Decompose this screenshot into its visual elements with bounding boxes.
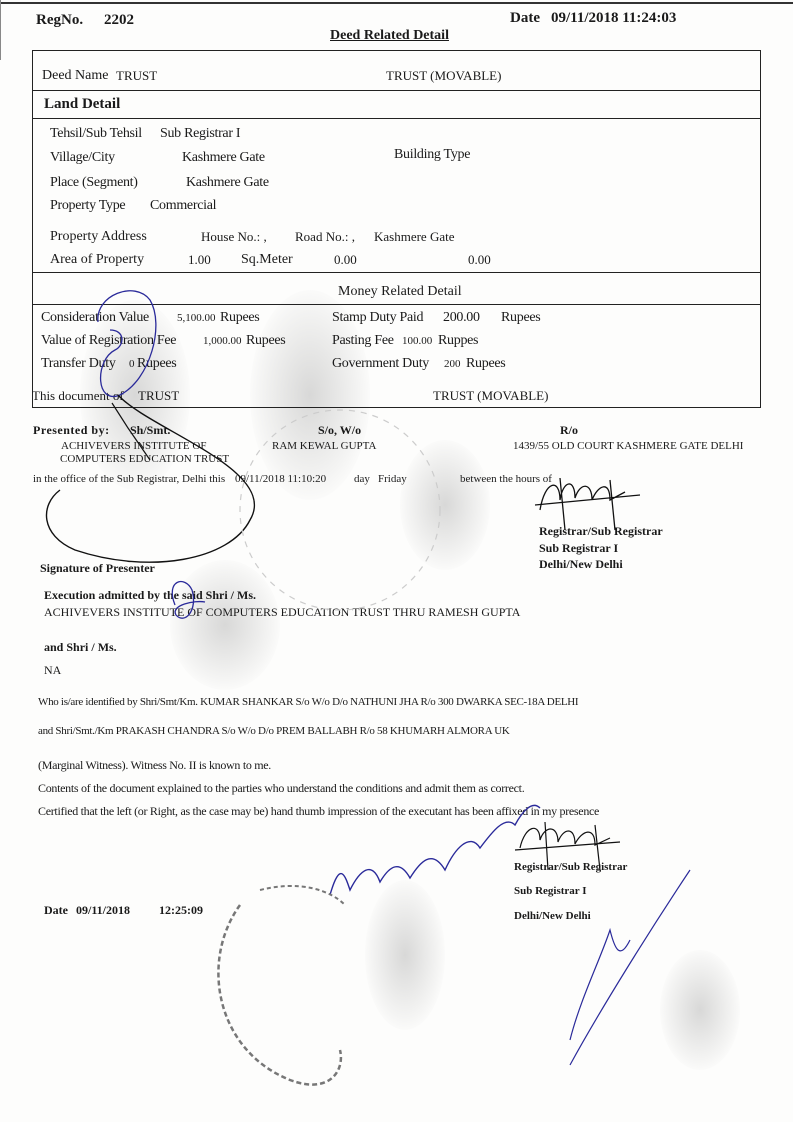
place-label: Place (Segment): [50, 175, 138, 191]
footer-date-value: 09/11/2018: [76, 903, 130, 918]
office-stamp-icon: [218, 905, 341, 1085]
divider: [32, 304, 761, 305]
stamp-duty-value: 200.00: [443, 310, 480, 326]
registrar-1-location: Delhi/New Delhi: [539, 557, 623, 572]
pasting-fee-value: 100.00: [402, 335, 432, 347]
header-date-value: 09/11/2018 11:24:03: [551, 10, 676, 27]
registrar-2-title: Registrar/Sub Registrar: [514, 861, 627, 873]
office-datetime: 09/11/2018 11:10:20: [235, 473, 326, 485]
and-shri-value: NA: [44, 663, 61, 678]
day-value: Friday: [378, 473, 407, 485]
registration-fee-value: 1,000.00: [203, 335, 242, 347]
presented-by-label: Presented by:: [33, 423, 110, 438]
transfer-duty-value: 0: [129, 358, 135, 370]
area-label: Area of Property: [50, 252, 144, 268]
witness-line-3: (Marginal Witness). Witness No. II is kn…: [38, 758, 271, 773]
area-value: 1.00: [188, 252, 211, 268]
govt-duty-value: 200: [444, 358, 461, 370]
land-detail-heading: Land Detail: [44, 96, 120, 113]
house-no: House No.: ,: [201, 229, 267, 245]
consideration-unit: Rupees: [220, 310, 259, 326]
page-left-border: [0, 0, 1, 60]
road-no: Road No.: ,: [295, 229, 355, 245]
area-unit: Sq.Meter: [241, 252, 293, 268]
execution-value: ACHIVEVERS INSTITUTE OF COMPUTERS EDUCAT…: [44, 605, 520, 620]
thumb-impression: [170, 560, 280, 690]
pasting-fee-unit: Ruppes: [438, 333, 478, 349]
address-area: Kashmere Gate: [374, 229, 455, 245]
ro-label: R/o: [560, 423, 578, 438]
consideration-value: 5,100.00: [177, 312, 216, 324]
area-extra-1: 0.00: [334, 252, 357, 268]
money-detail-heading: Money Related Detail: [338, 284, 462, 300]
registration-fee-label: Value of Registration Fee: [41, 333, 176, 349]
tehsil-label: Tehsil/Sub Tehsil: [50, 126, 142, 142]
divider: [32, 118, 761, 119]
execution-label: Execution admitted by the said Shri / Ms…: [44, 588, 256, 603]
page-top-border: [0, 2, 793, 4]
presenter-name-line1: ACHIVEVERS INSTITUTE OF: [61, 440, 206, 452]
registrar-1-office: Sub Registrar I: [539, 541, 618, 556]
deed-name-value: TRUST: [116, 68, 157, 84]
day-label: day: [354, 473, 370, 485]
building-type-label: Building Type: [394, 147, 470, 163]
registrar-1-title: Registrar/Sub Registrar: [539, 524, 663, 539]
document-of-name: TRUST: [138, 388, 179, 404]
consideration-label: Consideration Value: [41, 310, 149, 326]
registrar-2-location: Delhi/New Delhi: [514, 910, 591, 922]
property-address-label: Property Address: [50, 229, 147, 245]
village-label: Village/City: [50, 150, 115, 166]
presenter-signature-label: Signature of Presenter: [40, 561, 155, 576]
page-title: Deed Related Detail: [330, 28, 449, 44]
village-value: Kashmere Gate: [182, 150, 265, 166]
registrar-2-office: Sub Registrar I: [514, 885, 587, 897]
tehsil-value: Sub Registrar I: [160, 126, 240, 142]
footer-time-value: 12:25:09: [159, 903, 203, 918]
deed-name-label: Deed Name: [42, 68, 108, 84]
divider: [32, 272, 761, 273]
so-wo-label: S/o, W/o: [318, 423, 361, 438]
witness-line-5: Certified that the left (or Right, as th…: [38, 804, 599, 819]
govt-duty-unit: Rupees: [466, 356, 505, 372]
witness-line-2: and Shri/Smt./Km PRAKASH CHANDRA S/o W/o…: [38, 725, 509, 737]
thumb-impression: [365, 880, 445, 1030]
presenter-residence: 1439/55 OLD COURT KASHMERE GATE DELHI: [513, 440, 743, 452]
property-type-value: Commercial: [150, 198, 216, 214]
document-of-label: This document of: [32, 388, 124, 404]
presenter-relation: RAM KEWAL GUPTA: [272, 440, 376, 452]
thumb-impression: [400, 440, 490, 570]
hours-text: between the hours of: [460, 473, 552, 485]
property-type-label: Property Type: [50, 198, 125, 214]
govt-duty-label: Government Duty: [332, 356, 429, 372]
and-shri-label: and Shri / Ms.: [44, 640, 117, 655]
deed-type-value: TRUST (MOVABLE): [386, 68, 501, 84]
document-of-type: TRUST (MOVABLE): [433, 388, 548, 404]
transfer-duty-label: Transfer Duty: [41, 356, 116, 372]
office-text: in the office of the Sub Registrar, Delh…: [33, 473, 225, 485]
pasting-fee-label: Pasting Fee: [332, 333, 394, 349]
stamp-duty-unit: Rupees: [501, 310, 540, 326]
divider: [32, 90, 761, 91]
stamp-duty-label: Stamp Duty Paid: [332, 310, 423, 326]
place-value: Kashmere Gate: [186, 175, 269, 191]
regno-value: 2202: [104, 12, 134, 29]
thumb-impression: [660, 950, 740, 1070]
transfer-duty-unit: Rupees: [137, 356, 176, 372]
registration-fee-unit: Rupees: [246, 333, 285, 349]
witness-line-1: Who is/are identified by Shri/Smt/Km. KU…: [38, 696, 578, 708]
sh-smt-label: Sh/Smt.: [130, 423, 170, 438]
area-extra-2: 0.00: [468, 252, 491, 268]
regno-label: RegNo.: [36, 12, 83, 29]
presenter-name-line2: COMPUTERS EDUCATION TRUST: [60, 453, 229, 462]
footer-date-label: Date: [44, 903, 68, 918]
witness-line-4: Contents of the document explained to th…: [38, 781, 524, 796]
header-date-label: Date: [510, 10, 540, 27]
